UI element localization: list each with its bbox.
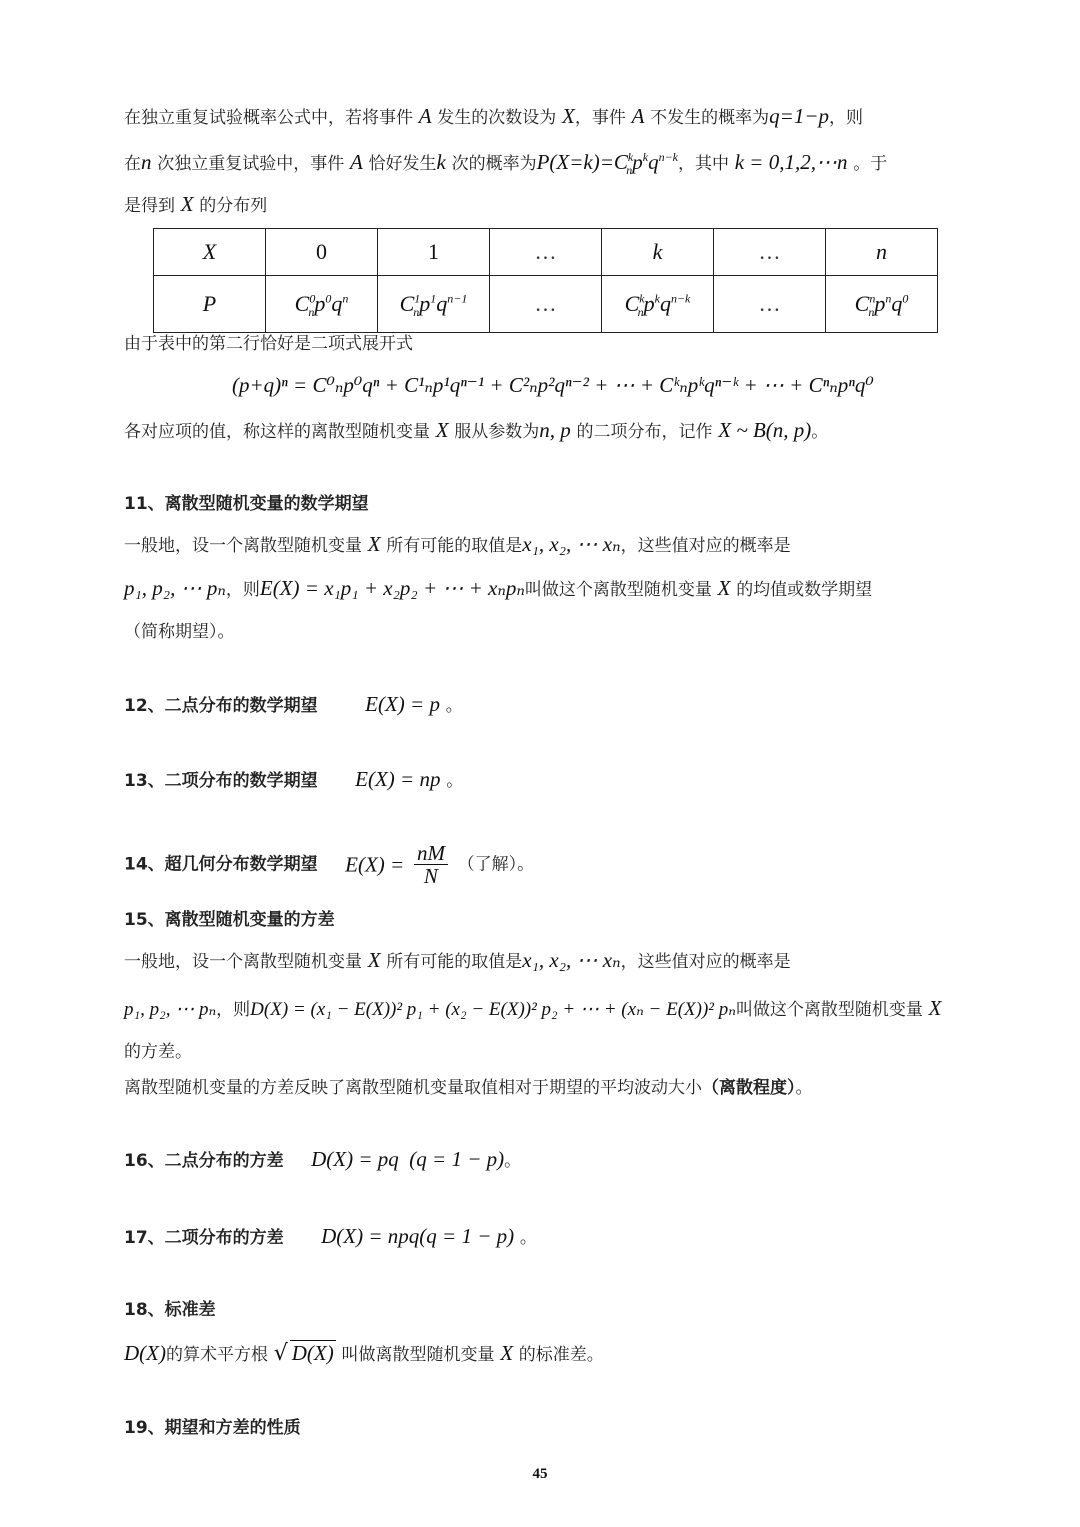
math-var: k [437, 150, 446, 174]
table-cell: n [826, 229, 938, 276]
numerator: nM [414, 842, 448, 865]
subscript: n [413, 305, 419, 319]
table-cell: Cknpkqn−k [602, 276, 714, 333]
text: 各对应项的值，称这样的离散型随机变量 [124, 422, 430, 442]
heading-text: 13、二项分布的数学期望 [124, 771, 318, 791]
text: 一般地，设一个离散型随机变量 [124, 952, 362, 972]
math-var: X [368, 532, 381, 556]
heading-text: 18、标准差 [124, 1300, 216, 1320]
table-cell: 0 [266, 229, 378, 276]
math-formula: n, p [539, 418, 571, 442]
math-formula: E(X) = x₁p₁ + x₂p₂ + ⋯ + xₙpₙ [260, 576, 525, 600]
table-cell: P [154, 276, 266, 333]
heading-text: 15、离散型随机变量的方差 [124, 910, 335, 930]
section-17: 17、二项分布的方差 D(X) = npq(q = 1 − p) 。 [124, 1224, 537, 1250]
text: 。 [446, 696, 463, 716]
superscript: n−k [659, 150, 678, 164]
math-var: X [562, 104, 575, 128]
intro-line-1: 在独立重复试验概率公式中，若将事件 A 发生的次数设为 X，事件 A 不发生的概… [124, 104, 863, 130]
math-formula: D(X) = (x₁ − E(X))² p₁ + (x₂ − E(X))² p₂… [250, 999, 736, 1020]
table-cell: Cnnpnq0 [826, 276, 938, 333]
table-cell: k [602, 229, 714, 276]
superscript: 0 [902, 292, 908, 306]
heading-text: 11、离散型随机变量的数学期望 [124, 494, 369, 514]
math-var: X [929, 996, 942, 1020]
superscript: k [639, 292, 644, 306]
section-15-heading: 15、离散型随机变量的方差 [124, 908, 335, 932]
math-formula: D(X) = pq (q = 1 − p) [311, 1147, 504, 1171]
text: ，则 [829, 108, 863, 128]
text: 的方差。 [124, 1042, 192, 1062]
intro-line-2: 在n 次独立重复试验中，事件 A 恰好发生k 次的概率为P(X=k)=Cknpk… [124, 150, 887, 176]
superscript: n−k [671, 292, 690, 306]
text: 的分布列 [199, 196, 267, 216]
text: 的二项分布，记作 [577, 422, 713, 442]
text: 离散型随机变量的方差反映了离散型随机变量取值相对于期望的平均波动大小 [124, 1078, 702, 1098]
section-15-line-1: 一般地，设一个离散型随机变量 X 所有可能的取值是x₁, x₂, ⋯ xₙ，这些… [124, 948, 791, 974]
text: 发生的次数设为 [437, 108, 556, 128]
section-18-heading: 18、标准差 [124, 1298, 216, 1322]
table-cell: C1np1qn−1 [378, 276, 490, 333]
text: 不发生的概率为 [650, 108, 769, 128]
text: 叫做这个离散型随机变量 [736, 1000, 923, 1020]
formula-part: P(X=k)=C [537, 150, 628, 174]
section-12: 12、二点分布的数学期望 E(X) = p 。 [124, 692, 463, 718]
subscript: n [308, 305, 314, 319]
math-var: n [141, 150, 152, 174]
text: 次的概率为 [452, 154, 537, 174]
text: 所有可能的取值是 [386, 952, 522, 972]
math-formula: (p+q)ⁿ = C⁰ₙp⁰qⁿ + C¹ₙp¹qⁿ⁻¹ + C²ₙp²qⁿ⁻²… [232, 373, 874, 397]
math-var: A [632, 104, 645, 128]
section-19-heading: 19、期望和方差的性质 [124, 1416, 301, 1440]
superscript: n [885, 292, 891, 306]
denominator: N [414, 865, 448, 887]
table-cell: … [490, 229, 602, 276]
binomial-lead: 由于表中的第二行恰好是二项式展开式 [124, 332, 413, 356]
text: 所有可能的取值是 [386, 536, 522, 556]
math-formula: X ~ B(n, p) [718, 418, 811, 442]
text: 。 [504, 1151, 521, 1171]
intro-line-3: 是得到 X 的分布列 [124, 192, 267, 218]
heading-text: 19、期望和方差的性质 [124, 1418, 301, 1438]
text: 是得到 [124, 196, 175, 216]
math-formula: D(X) [290, 1340, 336, 1365]
superscript: 0 [309, 292, 315, 306]
subscript: n [638, 305, 644, 319]
text: 。 [796, 1078, 813, 1098]
text: ，则 [216, 1000, 250, 1020]
text: 。 [520, 1228, 537, 1248]
heading-text: 16、二点分布的方差 [124, 1151, 284, 1171]
table-cell: … [490, 276, 602, 333]
section-18-line-1: D(X)的算术平方根 √D(X) 叫做离散型随机变量 X 的标准差。 [124, 1340, 604, 1367]
table-row-probabilities: P C0np0qn C1np1qn−1 … Cknpkqn−k … Cnnpnq… [154, 276, 938, 333]
binomial-expansion: (p+q)ⁿ = C⁰ₙp⁰qⁿ + C¹ₙp¹qⁿ⁻¹ + C²ₙp²qⁿ⁻²… [232, 373, 874, 399]
math-formula: E(X) = p [365, 692, 440, 716]
text: 次独立重复试验中，事件 [157, 154, 344, 174]
text: （了解）。 [458, 855, 535, 875]
math-var: X [181, 192, 194, 216]
text: 在独立重复试验概率公式中，若将事件 [124, 108, 413, 128]
text: 恰好发生 [369, 154, 437, 174]
superscript: 1 [430, 292, 436, 306]
math-formula: x₁, x₂, ⋯ xₙ [522, 532, 620, 556]
superscript: k [655, 292, 660, 306]
math-var: A [350, 150, 363, 174]
superscript: n [869, 292, 875, 306]
section-15-line-3: 的方差。 [124, 1040, 192, 1064]
distribution-table: X 0 1 … k … n P C0np0qn C1np1qn−1 … Cknp… [153, 228, 938, 333]
math-var: X [436, 418, 449, 442]
fraction: nM N [414, 842, 448, 887]
text: 的均值或数学期望 [736, 580, 872, 600]
text: ，事件 [575, 108, 626, 128]
section-13: 13、二项分布的数学期望 E(X) = np 。 [124, 767, 463, 793]
subscript: n [868, 305, 874, 319]
radical-icon: √ [274, 1341, 288, 1366]
table-cell: 1 [378, 229, 490, 276]
text: ，这些值对应的概率是 [621, 536, 791, 556]
heading-text: 17、二项分布的方差 [124, 1228, 284, 1248]
section-16: 16、二点分布的方差 D(X) = pq (q = 1 − p)。 [124, 1147, 521, 1173]
math-var: X [500, 1341, 513, 1365]
text: 的算术平方根 [166, 1345, 268, 1365]
math-formula: E(X) = [345, 853, 404, 877]
formula-part: p [632, 150, 643, 174]
text: （简称期望）。 [124, 622, 235, 642]
math-formula: E(X) = np [355, 767, 440, 791]
emphasis-text: （离散程度） [702, 1078, 796, 1098]
text: 一般地，设一个离散型随机变量 [124, 536, 362, 556]
math-var: X [718, 576, 731, 600]
math-formula: x₁, x₂, ⋯ xₙ [522, 948, 620, 972]
section-15-line-2: p₁, p₂, ⋯ pₙ，则D(X) = (x₁ − E(X))² p₁ + (… [124, 996, 942, 1022]
section-11-line-1: 一般地，设一个离散型随机变量 X 所有可能的取值是x₁, x₂, ⋯ xₙ，这些… [124, 532, 791, 558]
text: 由于表中的第二行恰好是二项式展开式 [124, 334, 413, 354]
math-formula: q=1−p [769, 104, 829, 128]
superscript: n [342, 292, 348, 306]
text: 在 [124, 154, 141, 174]
table-row-values: X 0 1 … k … n [154, 229, 938, 276]
section-15-line-4: 离散型随机变量的方差反映了离散型随机变量取值相对于期望的平均波动大小（离散程度）… [124, 1076, 813, 1100]
math-formula: D(X) = npq(q = 1 − p) [321, 1224, 514, 1248]
text: 的标准差。 [519, 1345, 604, 1365]
table-cell: … [714, 276, 826, 333]
math-var: X [368, 948, 381, 972]
section-11-line-2: p₁, p₂, ⋯ pₙ，则E(X) = x₁p₁ + x₂p₂ + ⋯ + x… [124, 576, 872, 602]
text: 。于 [853, 154, 887, 174]
text: ，则 [226, 580, 260, 600]
math-formula: k = 0,1,2,⋯n [735, 150, 848, 174]
document-page: 在独立重复试验概率公式中，若将事件 A 发生的次数设为 X，事件 A 不发生的概… [0, 0, 1080, 1527]
heading-text: 12、二点分布的数学期望 [124, 696, 318, 716]
text: 。 [446, 771, 463, 791]
superscript: 1 [414, 292, 420, 306]
math-formula: p₁, p₂, ⋯ pₙ [124, 576, 226, 600]
table-cell: X [154, 229, 266, 276]
formula-part: q [648, 150, 659, 174]
text: 叫做这个离散型随机变量 [525, 580, 712, 600]
text: 服从参数为 [454, 422, 539, 442]
superscript: n−1 [447, 292, 467, 306]
text: 叫做离散型随机变量 [341, 1345, 494, 1365]
math-formula: p₁, p₂, ⋯ pₙ [124, 999, 216, 1020]
text: ，其中 [678, 154, 729, 174]
text: 。 [811, 422, 828, 442]
math-formula: D(X) [124, 1341, 166, 1365]
superscript: 0 [325, 292, 331, 306]
section-14: 14、超几何分布数学期望 E(X) = nM N （了解）。 [124, 842, 534, 887]
text: ，这些值对应的概率是 [621, 952, 791, 972]
section-11-heading: 11、离散型随机变量的数学期望 [124, 492, 369, 516]
binomial-conclusion: 各对应项的值，称这样的离散型随机变量 X 服从参数为n, p 的二项分布，记作 … [124, 418, 828, 444]
heading-text: 14、超几何分布数学期望 [124, 855, 318, 875]
math-var: A [419, 104, 432, 128]
table-cell: … [714, 229, 826, 276]
page-number: 45 [0, 1466, 1080, 1483]
math-formula: P(X=k)=Cknpkqn−k [537, 150, 678, 174]
section-11-line-3: （简称期望）。 [124, 620, 235, 644]
table-cell: C0np0qn [266, 276, 378, 333]
